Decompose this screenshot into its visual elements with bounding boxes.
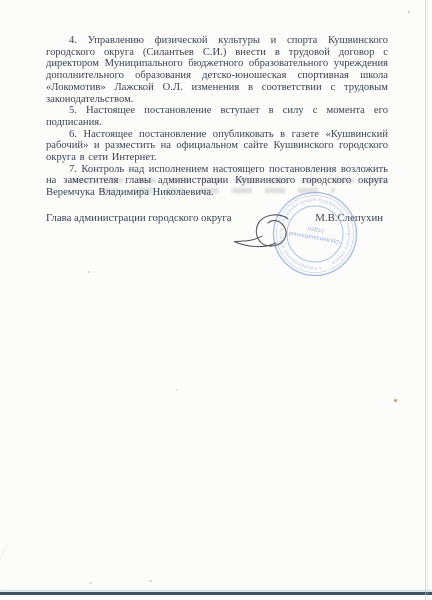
paragraph-5: 5. Настоящее постановление вступает в си… <box>46 105 388 128</box>
scanned-document-page: 4. Управлению физической культуры и спор… <box>0 0 432 600</box>
paragraph-4: 4. Управлению физической культуры и спор… <box>46 35 388 105</box>
scan-speck <box>149 580 152 582</box>
scan-speck <box>408 11 410 13</box>
scan-right-edge-faint <box>427 0 428 600</box>
scan-bottom-edge <box>0 592 432 595</box>
scan-speck <box>176 389 178 391</box>
scan-speck <box>88 271 90 273</box>
paragraph-6: 6. Настоящее постановление опубликовать … <box>46 129 388 164</box>
scan-speck <box>89 582 92 584</box>
scan-corner-streak <box>0 545 110 575</box>
scan-right-edge <box>425 0 426 600</box>
handwritten-signature <box>225 205 300 255</box>
document-body: 4. Управлению физической культуры и спор… <box>46 35 388 199</box>
scan-speck <box>394 399 397 402</box>
stamp-center-text-line2: отдел <box>307 225 325 235</box>
signatory-title: Глава администрации городского округа <box>46 212 232 224</box>
